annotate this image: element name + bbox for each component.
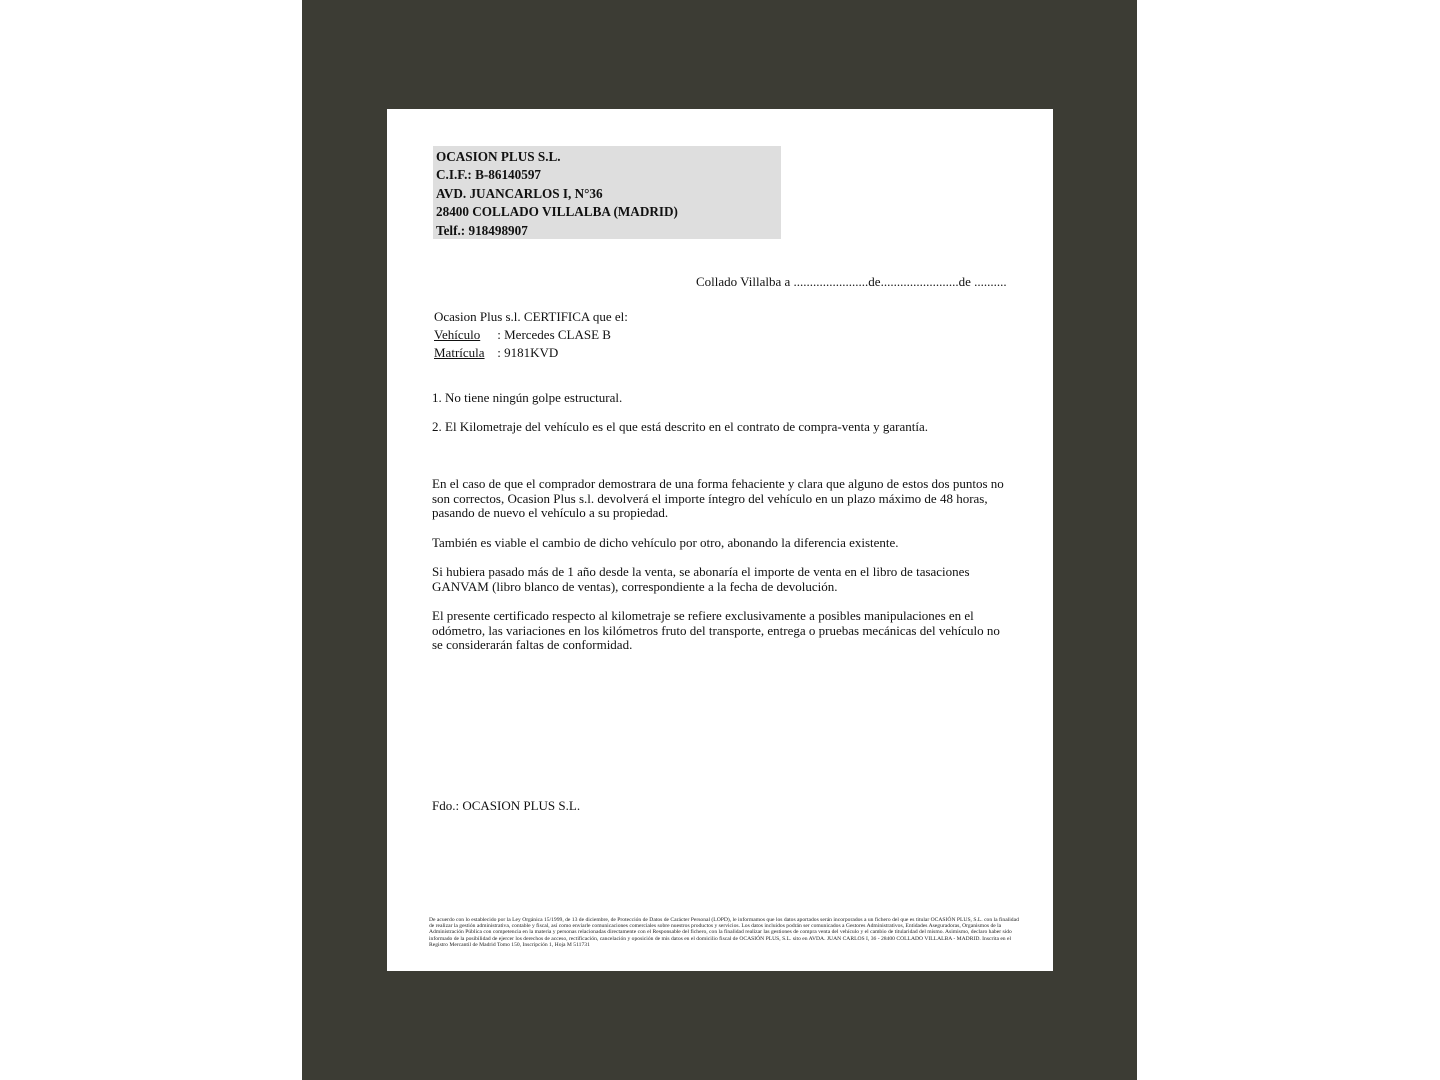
paragraph-ganvam: Si hubiera pasado más de 1 año desde la … — [432, 565, 1012, 594]
company-cif: C.I.F.: B-86140597 — [436, 166, 778, 184]
point-1: 1. No tiene ningún golpe estructural. — [432, 390, 622, 406]
vehicle-label: Vehículo — [434, 326, 494, 344]
certificate-intro: Ocasion Plus s.l. CERTIFICA que el: Vehí… — [434, 308, 628, 362]
company-name: OCASION PLUS S.L. — [436, 148, 778, 166]
intro-text: Ocasion Plus s.l. CERTIFICA que el: — [434, 308, 628, 326]
paragraph-mileage: El presente certificado respecto al kilo… — [432, 609, 1012, 653]
vehicle-value: : Mercedes CLASE B — [497, 327, 611, 342]
company-city: 28400 COLLADO VILLALBA (MADRID) — [436, 203, 778, 221]
paragraph-exchange: También es viable el cambio de dicho veh… — [432, 536, 1012, 551]
plate-value: : 9181KVD — [497, 345, 558, 360]
paragraph-refund: En el caso de que el comprador demostrar… — [432, 477, 1012, 521]
signature: Fdo.: OCASION PLUS S.L. — [432, 798, 580, 814]
date-line: Collado Villalba a .....................… — [696, 274, 1007, 290]
vehicle-row: Vehículo : Mercedes CLASE B — [434, 326, 628, 344]
company-address: AVD. JUANCARLOS I, N°36 — [436, 185, 778, 203]
plate-row: Matrícula : 9181KVD — [434, 344, 628, 362]
document-page: OCASION PLUS S.L. C.I.F.: B-86140597 AVD… — [387, 109, 1053, 971]
point-2: 2. El Kilometraje del vehículo es el que… — [432, 419, 928, 435]
company-phone: Telf.: 918498907 — [436, 222, 778, 240]
legal-notice: De acuerdo con lo establecido por la Ley… — [429, 917, 1021, 948]
plate-label: Matrícula — [434, 344, 494, 362]
company-header: OCASION PLUS S.L. C.I.F.: B-86140597 AVD… — [433, 146, 781, 239]
